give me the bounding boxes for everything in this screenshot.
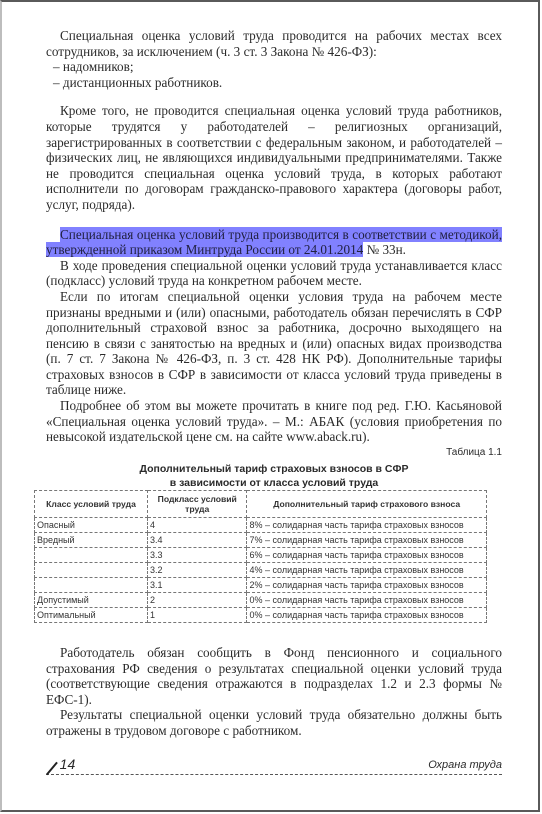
table-header-row: Класс условий труда Подкласс условий тру… xyxy=(35,491,487,518)
text-selection-highlight[interactable]: Специальная оценка условий труда произво… xyxy=(46,227,502,258)
cell-tariff: 4% – солидарная часть тарифа страховых в… xyxy=(247,563,487,578)
tariff-table: Класс условий труда Подкласс условий тру… xyxy=(34,490,487,623)
cell-subclass: 4 xyxy=(148,518,247,533)
page-footer: 14 Охрана труда xyxy=(46,756,502,775)
document-page: Специальная оценка условий труда проводи… xyxy=(46,0,502,445)
cell-class: Опасный xyxy=(35,518,148,533)
cell-class xyxy=(35,578,148,593)
page-number-value: 14 xyxy=(60,756,76,772)
paragraph-3[interactable]: Специальная оценка условий труда произво… xyxy=(46,227,502,258)
table-caption: Таблица 1.1 xyxy=(446,445,502,461)
paragraph-3-rest: № 33н. xyxy=(363,242,406,257)
paragraph-8: Результаты специальной оценки условий тр… xyxy=(46,707,502,738)
cell-subclass: 3.2 xyxy=(148,563,247,578)
cell-subclass: 3.4 xyxy=(148,533,247,548)
table-row: Опасный 4 8% – солидарная часть тарифа с… xyxy=(35,518,487,533)
table-row: Вредный 3.4 7% – солидарная часть тарифа… xyxy=(35,533,487,548)
table-title: Дополнительный тариф страховых взносов в… xyxy=(46,462,502,490)
cell-subclass: 3.1 xyxy=(148,578,247,593)
cell-subclass: 3.3 xyxy=(148,548,247,563)
closing-section: Работодатель обязан сообщить в Фонд пенс… xyxy=(46,645,502,739)
table-title-line-2: в зависимости от класса условий труда xyxy=(46,476,502,490)
cell-tariff: 8% – солидарная часть тарифа страховых в… xyxy=(247,518,487,533)
paragraph-5: Если по итогам специальной оценки услови… xyxy=(46,289,502,398)
page-number: 14 xyxy=(48,756,75,772)
header-tariff: Дополнительный тариф страхового взноса xyxy=(247,491,487,518)
list-item: – дистанционных работников. xyxy=(46,75,502,91)
paragraph-6: Подробнее об этом вы можете прочитать в … xyxy=(46,398,502,445)
table-row: 3.3 6% – солидарная часть тарифа страхов… xyxy=(35,548,487,563)
running-title: Охрана труда xyxy=(428,759,502,771)
list-item: – надомников; xyxy=(46,59,502,75)
cell-subclass: 1 xyxy=(148,608,247,623)
cell-tariff: 0% – солидарная часть тарифа страховых в… xyxy=(247,593,487,608)
table-row: Допустимый 2 0% – солидарная часть тариф… xyxy=(35,593,487,608)
cell-class: Оптимальный xyxy=(35,608,148,623)
paragraph-7: Работодатель обязан сообщить в Фонд пенс… xyxy=(46,645,502,707)
table-title-line-1: Дополнительный тариф страховых взносов в… xyxy=(46,462,502,476)
paragraph-2: Кроме того, не проводится специальная оц… xyxy=(46,103,502,212)
cell-subclass: 2 xyxy=(148,593,247,608)
cell-tariff: 7% – солидарная часть тарифа страховых в… xyxy=(247,533,487,548)
paragraph-1: Специальная оценка условий труда проводи… xyxy=(46,28,502,59)
cell-class xyxy=(35,563,148,578)
cell-class xyxy=(35,548,148,563)
cell-tariff: 0% – солидарная часть тарифа страховых в… xyxy=(247,608,487,623)
cell-tariff: 6% – солидарная часть тарифа страховых в… xyxy=(247,548,487,563)
paragraph-4: В ходе проведения специальной оценки усл… xyxy=(46,258,502,289)
header-subclass: Подкласс условий труда xyxy=(148,491,247,518)
cell-tariff: 2% – солидарная часть тарифа страховых в… xyxy=(247,578,487,593)
cell-class: Допустимый xyxy=(35,593,148,608)
header-class: Класс условий труда xyxy=(35,491,148,518)
cell-class: Вредный xyxy=(35,533,148,548)
table-row: 3.1 2% – солидарная часть тарифа страхов… xyxy=(35,578,487,593)
table-row: 3.2 4% – солидарная часть тарифа страхов… xyxy=(35,563,487,578)
table-row: Оптимальный 1 0% – солидарная часть тари… xyxy=(35,608,487,623)
